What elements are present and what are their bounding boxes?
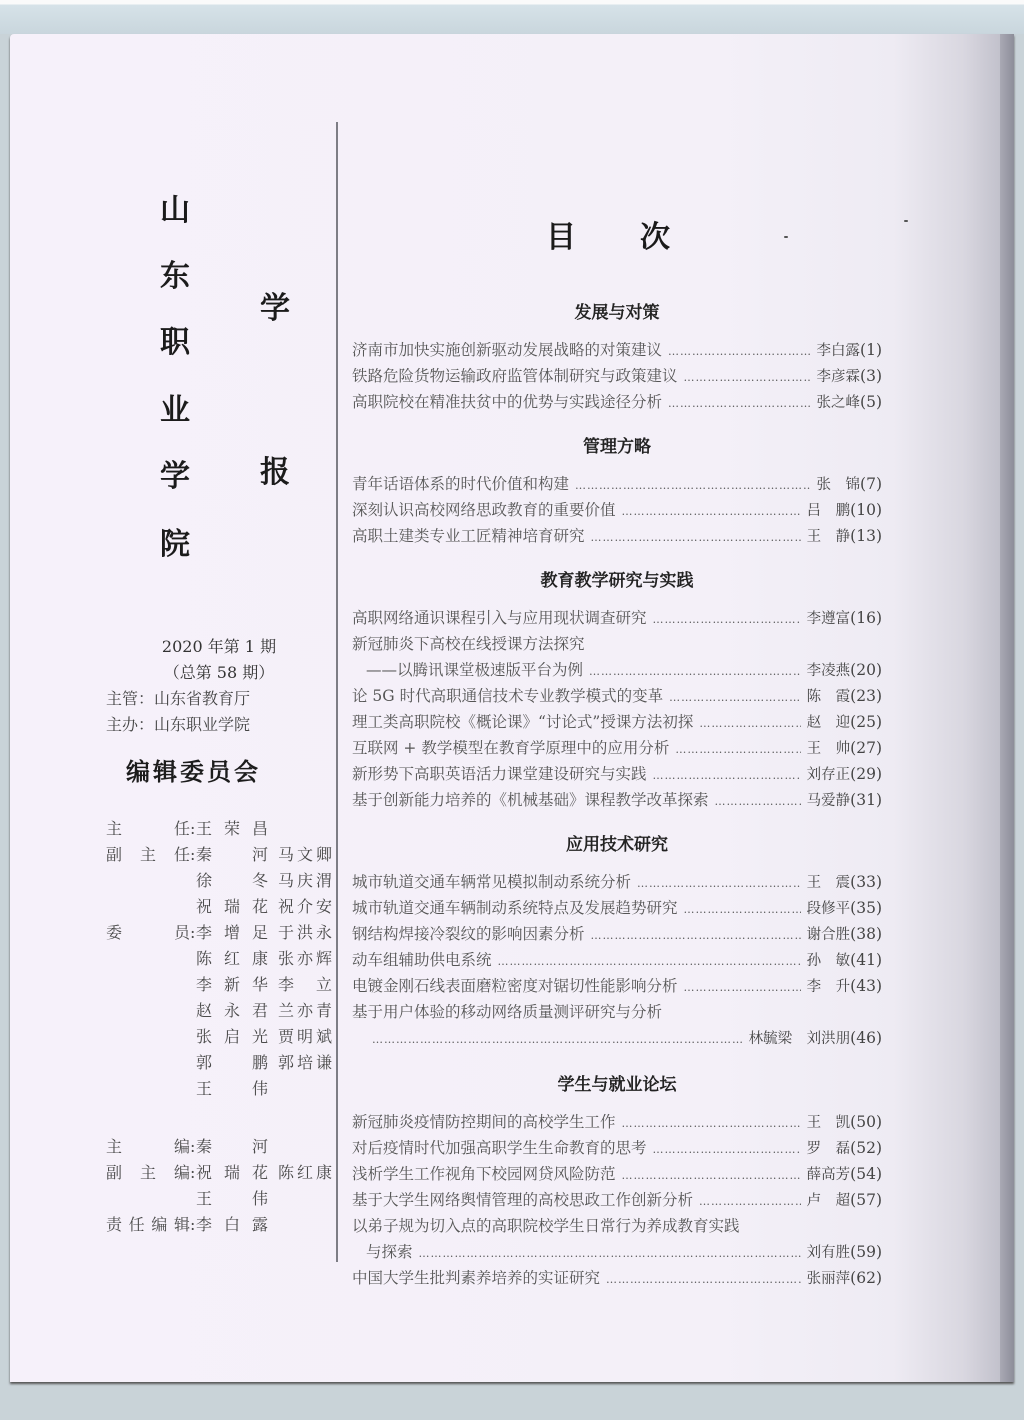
leader-dots [637, 872, 801, 896]
staff-name: 李 立 [278, 972, 332, 998]
toc-entry-author: 卢 超 [807, 1189, 851, 1213]
toc-entry-title: 高职土建类专业工匠精神培育研究 [352, 524, 585, 548]
supervisor-line: 主管：山东省教育厅 [106, 686, 250, 709]
toc-entry-page: (1) [860, 338, 882, 362]
toc-entry-page: (29) [850, 762, 882, 786]
toc-entry-page: (13) [850, 524, 882, 548]
staff-row: 张启光贾明斌 [106, 1024, 332, 1050]
staff-name: 王 伟 [196, 1076, 268, 1102]
staff-role: 副主编 [106, 1160, 190, 1186]
leader-dots [622, 500, 801, 524]
staff-name: 张亦辉 [278, 946, 332, 972]
staff-row: 徐 冬马庆渭 [106, 868, 332, 894]
staff-row: 李新华李 立 [106, 972, 332, 998]
toc-entry-title: 与探索 [366, 1240, 413, 1264]
journal-title-char: 院 [160, 530, 190, 560]
toc-entry-page: (57) [850, 1188, 882, 1212]
toc-entry-page: (5) [860, 390, 882, 414]
toc-entry-title: 论 5G 时代高职通信技术专业教学模式的变革 [352, 684, 663, 708]
toc-entry-page: (52) [850, 1136, 882, 1160]
toc-entry-title: 基于大学生网络舆情管理的高校思政工作创新分析 [352, 1188, 693, 1212]
staff-name: 马庆渭 [278, 868, 332, 894]
toc-entry-author: 薛高芳 [807, 1163, 851, 1187]
journal-title-char: 报 [260, 458, 290, 488]
journal-title-char: 学 [160, 462, 190, 492]
leader-dots [653, 1138, 801, 1162]
toc-entry-author: 王 静 [807, 525, 851, 549]
toc-entry[interactable]: 高职院校在精准扶贫中的优势与实践途径分析张之峰(5) [352, 390, 882, 414]
toc-entry-page: (23) [850, 684, 882, 708]
scan-speck [784, 236, 788, 238]
staff-row: 陈红康张亦辉 [106, 946, 332, 972]
staff-name: 陈红康 [278, 1160, 332, 1186]
leader-dots [419, 1242, 801, 1266]
toc-entry-title: 基于创新能力培养的《机械基础》课程教学改革探索 [352, 788, 709, 812]
toc-entry-page: (38) [850, 922, 882, 946]
toc-entry[interactable]: 以弟子规为切入点的高职院校学生日常行为养成教育实践 [352, 1214, 882, 1238]
toc-entry-title: 动车组辅助供电系统 [352, 948, 492, 972]
staff-name: 郭 鹏 [196, 1050, 268, 1076]
toc-entry-page: (35) [850, 896, 882, 920]
editorial-board-title: 编辑委员会 [126, 752, 261, 787]
toc-entry-title: 济南市加快实施创新驱动发展战略的对策建议 [352, 338, 662, 362]
staff-name: 赵永君 [196, 998, 268, 1024]
leader-dots [684, 976, 801, 1000]
toc-entry-page: (43) [850, 974, 882, 998]
toc-title: 目次 [546, 212, 670, 256]
staff-name: 王荣昌 [196, 816, 268, 842]
toc-entry[interactable]: 高职网络通识课程引入与应用现状调查研究李遵富(16) [352, 606, 882, 630]
journal-title-char: 业 [160, 396, 190, 426]
toc-entry[interactable]: 中国大学生批判素养培养的实证研究张丽萍(62) [352, 1266, 882, 1290]
toc-entry[interactable]: 基于大学生网络舆情管理的高校思政工作创新分析卢 超(57) [352, 1188, 882, 1212]
toc-entry-title: 新形势下高职英语活力课堂建设研究与实践 [352, 762, 647, 786]
toc-entry-author: 罗 磊 [807, 1137, 851, 1161]
toc-entry[interactable]: ——以腾讯课堂极速版平台为例李凌燕(20) [352, 658, 882, 682]
page-edge-shadow [1000, 34, 1014, 1382]
leader-dots [591, 526, 801, 550]
toc-entry-author: 陈 霞 [807, 685, 851, 709]
toc-entry-page: (16) [850, 606, 882, 630]
toc-entry-page: (59) [850, 1240, 882, 1264]
toc-entry-page: (7) [860, 472, 882, 496]
staff-name: 秦 河 [196, 1134, 268, 1160]
scan-speck [904, 220, 908, 222]
toc-entry-title: 新冠肺炎下高校在线授课方法探究 [352, 632, 585, 656]
staff-name: 张启光 [196, 1024, 268, 1050]
toc-entry[interactable]: 新冠肺炎下高校在线授课方法探究 [352, 632, 882, 656]
journal-title-char: 山 [160, 196, 190, 226]
leader-dots [622, 1164, 801, 1188]
staff-row: 王 伟 [106, 1186, 332, 1212]
leader-dots [653, 764, 801, 788]
toc-entry-title: 基于用户体验的移动网络质量测评研究与分析 [352, 1000, 662, 1024]
toc-entry-author: 林毓梁 刘洪朋 [749, 1027, 851, 1051]
toc-entry-title: 铁路危险货物运输政府监管体制研究与政策建议 [352, 364, 678, 388]
staff-row: 郭 鹏郭培谦 [106, 1050, 332, 1076]
toc-entry[interactable]: 新形势下高职英语活力课堂建设研究与实践刘存正(29) [352, 762, 882, 786]
toc-title-char: 目 [546, 212, 576, 256]
toc-entry-page: (20) [850, 658, 882, 682]
leader-dots [675, 738, 800, 762]
toc-entry-title: 城市轨道交通车辆制动系统特点及发展趋势研究 [352, 896, 678, 920]
toc-entry[interactable]: 电镀金刚石线表面磨粒密度对锯切性能影响分析李 升(43) [352, 974, 882, 998]
column-divider [336, 122, 338, 1262]
toc-entry[interactable]: 高职土建类专业工匠精神培育研究王 静(13) [352, 524, 882, 548]
toc-entry[interactable]: 钢结构焊接冷裂纹的影响因素分析谢合胜(38) [352, 922, 882, 946]
toc-entry-author: 李 升 [807, 975, 851, 999]
leader-dots [589, 660, 801, 684]
toc-entry-title: ——以腾讯课堂极速版平台为例 [366, 658, 583, 682]
toc-entry-page: (10) [850, 498, 882, 522]
toc-entry-title: 理工类高职院校《概论课》“讨论式”授课方法初探 [352, 710, 693, 734]
leader-dots [668, 340, 811, 364]
toc-entry-title: 对后疫情时代加强高职学生生命教育的思考 [352, 1136, 647, 1160]
toc-entry-title: 高职网络通识课程引入与应用现状调查研究 [352, 606, 647, 630]
toc-entry-author: 段修平 [807, 897, 851, 921]
toc-entry-page: (25) [850, 710, 882, 734]
toc-entry[interactable]: 深刻认识高校网络思政教育的重要价值吕 鹏(10) [352, 498, 882, 522]
toc-entry[interactable]: 城市轨道交通车辆常见模拟制动系统分析王 震(33) [352, 870, 882, 894]
toc-entry-page: (27) [850, 736, 882, 760]
leader-dots [653, 608, 801, 632]
toc-entry-author: 张之峰 [817, 391, 861, 415]
staff-role: 主编 [106, 1134, 190, 1160]
issue-total: （总第 58 期） [106, 660, 332, 683]
toc-entry-author: 李凌燕 [807, 659, 851, 683]
toc-entry-author: 李遵富 [807, 607, 851, 631]
toc-entry-author: 王 凯 [807, 1111, 851, 1135]
leader-dots [372, 1028, 743, 1052]
staff-role: 主任 [106, 816, 190, 842]
toc-entry[interactable]: 济南市加快实施创新驱动发展战略的对策建议李白露(1) [352, 338, 882, 362]
toc-entry-title: 互联网 + 教学模型在教育学原理中的应用分析 [352, 736, 669, 760]
toc-entry[interactable]: 基于用户体验的移动网络质量测评研究与分析 [352, 1000, 882, 1024]
section-heading: 应用技术研究 [352, 830, 882, 855]
staff-row: 赵永君兰亦青 [106, 998, 332, 1024]
toc-entry-author: 张 锦 [817, 473, 861, 497]
toc-entry-author: 王 帅 [807, 737, 851, 761]
toc-entry-page: (46) [850, 1026, 882, 1050]
toc-entry-title: 以弟子规为切入点的高职院校学生日常行为养成教育实践 [352, 1214, 740, 1238]
leader-dots [684, 366, 811, 390]
toc-entry-author: 谢合胜 [807, 923, 851, 947]
staff-name: 马文卿 [278, 842, 332, 868]
staff-row: 祝瑞花祝介安 [106, 894, 332, 920]
journal-title-char: 职 [160, 328, 190, 358]
toc-entry-page: (31) [850, 788, 882, 812]
toc-entry-title: 高职院校在精准扶贫中的优势与实践途径分析 [352, 390, 662, 414]
toc-entry[interactable]: 动车组辅助供电系统孙 敏(41) [352, 948, 882, 972]
toc-entry-author: 刘存正 [807, 763, 851, 787]
toc-entry-title: 深刻认识高校网络思政教育的重要价值 [352, 498, 616, 522]
leader-dots [699, 712, 800, 736]
toc-entry-page: (41) [850, 948, 882, 972]
staff-name: 郭培谦 [278, 1050, 332, 1076]
toc-entry[interactable]: 互联网 + 教学模型在教育学原理中的应用分析王 帅(27) [352, 736, 882, 760]
toc-entry-author: 李彦霖 [817, 365, 861, 389]
toc-entry-title: 青年话语体系的时代价值和构建 [352, 472, 569, 496]
toc-entry-title: 城市轨道交通车辆常见模拟制动系统分析 [352, 870, 631, 894]
staff-row: 主编:秦 河 [106, 1134, 332, 1160]
toc-entry[interactable]: 与探索刘有胜(59) [352, 1240, 882, 1264]
staff-name: 贾明斌 [278, 1024, 332, 1050]
toc-entry[interactable]: 论 5G 时代高职通信技术专业教学模式的变革陈 霞(23) [352, 684, 882, 708]
staff-role: 委员 [106, 920, 190, 946]
staff-row: 责任编辑:李白露 [106, 1212, 332, 1238]
leader-dots [715, 790, 801, 814]
toc-entry[interactable]: 铁路危险货物运输政府监管体制研究与政策建议李彦霖(3) [352, 364, 882, 388]
journal-title-char: 学 [260, 294, 290, 324]
staff-name: 兰亦青 [278, 998, 332, 1024]
section-heading: 学生与就业论坛 [352, 1070, 882, 1095]
toc-entry-title: 电镀金刚石线表面磨粒密度对锯切性能影响分析 [352, 974, 678, 998]
toc-entry[interactable]: 新冠肺炎疫情防控期间的高校学生工作王 凯(50) [352, 1110, 882, 1134]
staff-row: 副主编:祝瑞花陈红康 [106, 1160, 332, 1186]
toc-entry-author: 孙 敏 [807, 949, 851, 973]
toc-entry[interactable]: 城市轨道交通车辆制动系统特点及发展趋势研究段修平(35) [352, 896, 882, 920]
toc-entry[interactable]: 浅析学生工作视角下校园网贷风险防范薛高芳(54) [352, 1162, 882, 1186]
staff-name: 李新华 [196, 972, 268, 998]
staff-name: 祝瑞花 [196, 1160, 268, 1186]
toc-title-char: 次 [640, 212, 670, 256]
sponsor-line: 主办：山东职业学院 [106, 712, 250, 735]
toc-entry-title: 中国大学生批判素养培养的实证研究 [352, 1266, 600, 1290]
staff-role: 副主任 [106, 842, 190, 868]
staff-name: 于洪永 [278, 920, 332, 946]
toc-entry[interactable]: 理工类高职院校《概论课》“讨论式”授课方法初探赵 迎(25) [352, 710, 882, 734]
issue-number: 2020 年第 1 期 [106, 634, 332, 657]
toc-entry-author: 刘有胜 [807, 1241, 851, 1265]
staff-row: 委员:李增足于洪永 [106, 920, 332, 946]
staff-name: 陈红康 [196, 946, 268, 972]
toc-entry-page: (3) [860, 364, 882, 388]
staff-role: 责任编辑 [106, 1212, 190, 1238]
staff-name: 王 伟 [196, 1186, 268, 1212]
leader-dots [684, 898, 801, 922]
toc-entry-author: 李白露 [817, 339, 861, 363]
toc-entry[interactable]: 对后疫情时代加强高职学生生命教育的思考罗 磊(52) [352, 1136, 882, 1160]
toc-entry-author: 张丽萍 [807, 1267, 851, 1291]
leader-dots [498, 950, 801, 974]
toc-entry-author: 王 震 [807, 871, 851, 895]
staff-row: 副主任:秦 河马文卿 [106, 842, 332, 868]
section-heading: 教育教学研究与实践 [352, 566, 882, 591]
staff-row: 主任:王荣昌 [106, 816, 332, 842]
toc-entry-author: 赵 迎 [807, 711, 851, 735]
staff-name: 李增足 [196, 920, 268, 946]
staff-name: 秦 河 [196, 842, 268, 868]
leader-dots [575, 474, 811, 498]
toc-entry-page: (33) [850, 870, 882, 894]
toc-entry-author: 马爱静 [807, 789, 851, 813]
staff-name: 李白露 [196, 1212, 268, 1238]
leader-dots [668, 392, 811, 416]
section-heading: 管理方略 [352, 432, 882, 457]
staff-name: 祝介安 [278, 894, 332, 920]
toc-entry[interactable]: 林毓梁 刘洪朋(46) [352, 1026, 882, 1050]
leader-dots [606, 1268, 801, 1292]
toc-entry-title: 新冠肺炎疫情防控期间的高校学生工作 [352, 1110, 616, 1134]
toc-entry-title: 浅析学生工作视角下校园网贷风险防范 [352, 1162, 616, 1186]
staff-name: 祝瑞花 [196, 894, 268, 920]
leader-dots [622, 1112, 801, 1136]
staff-name: 徐 冬 [196, 868, 268, 894]
toc-entry-page: (62) [850, 1266, 882, 1290]
journal-title-char: 东 [160, 262, 190, 292]
staff-row: 王 伟 [106, 1076, 332, 1102]
toc-entry[interactable]: 基于创新能力培养的《机械基础》课程教学改革探索马爱静(31) [352, 788, 882, 812]
scanner-bed-top [0, 0, 1024, 34]
toc-entry-title: 钢结构焊接冷裂纹的影响因素分析 [352, 922, 585, 946]
toc-entry-page: (54) [850, 1162, 882, 1186]
section-heading: 发展与对策 [352, 298, 882, 323]
leader-dots [669, 686, 801, 710]
toc-entry-page: (50) [850, 1110, 882, 1134]
leader-dots [591, 924, 801, 948]
leader-dots [699, 1190, 801, 1214]
toc-entry[interactable]: 青年话语体系的时代价值和构建张 锦(7) [352, 472, 882, 496]
toc-entry-author: 吕 鹏 [807, 499, 851, 523]
